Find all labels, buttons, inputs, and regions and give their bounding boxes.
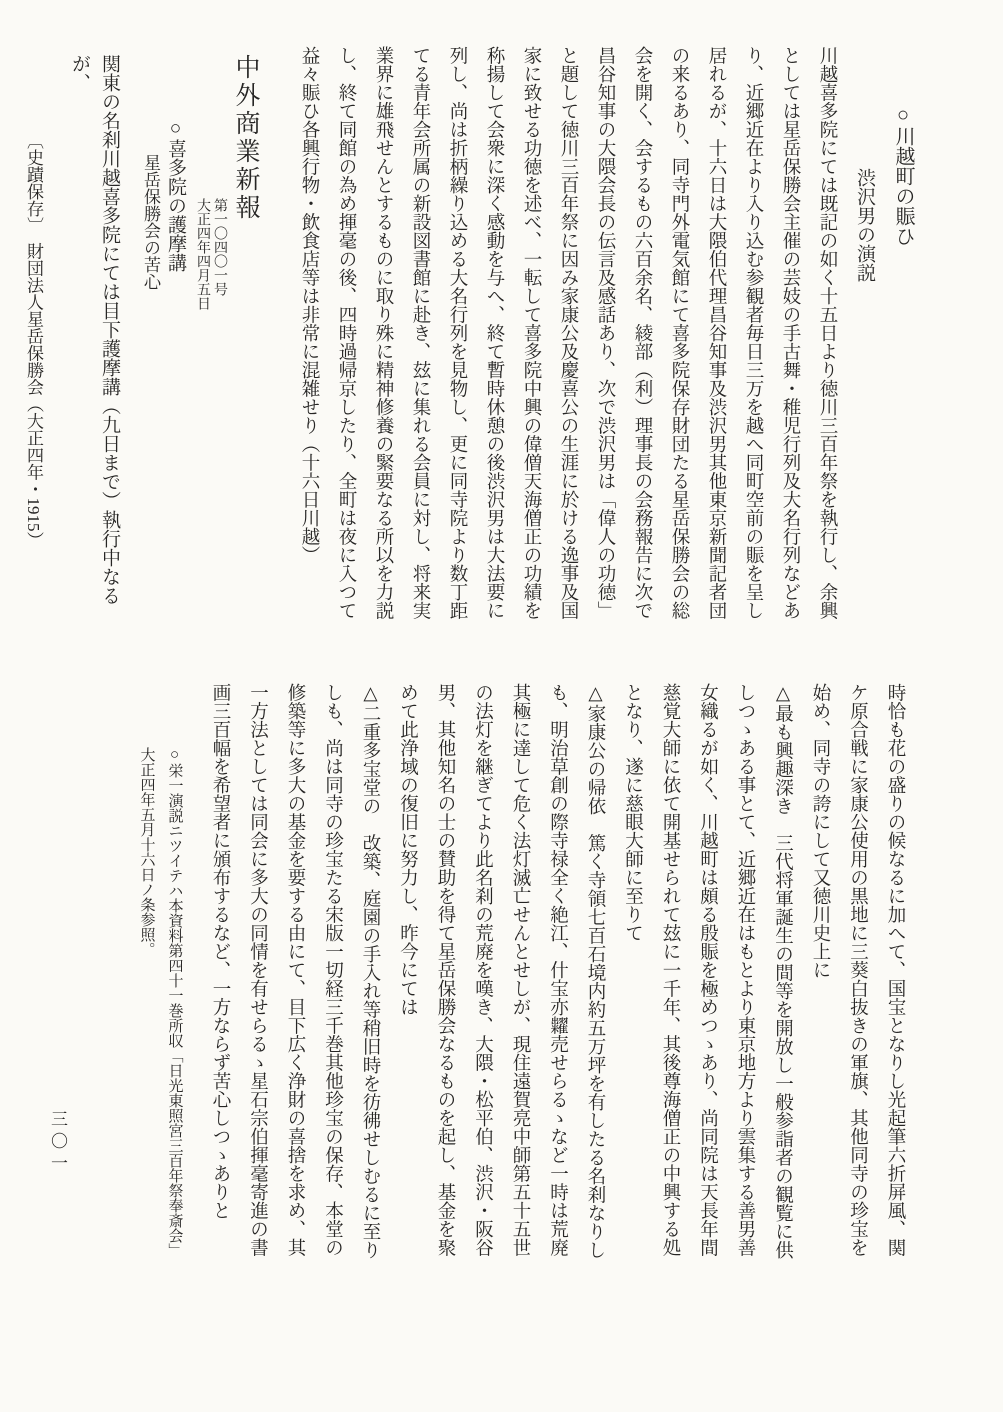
text-column: 業界に雄飛せんとするものに取り殊に精神修養の緊要なる所以を力説 xyxy=(364,46,401,634)
text-column: 其極に達して危く法灯滅亡せんとせしが、現住遠賀亮中師第五十五世 xyxy=(501,683,539,1331)
page-number: 三〇一 xyxy=(45,1110,70,1176)
text-column: 女織るが如く、川越町は頗る殷賑を極めつゝあり、尚同院は天長年間 xyxy=(688,683,726,1331)
article-top: ○川越町の賑ひ 渋沢男の演説 川越喜多院にては既記の如く十五日より徳川三百年祭を… xyxy=(20,46,923,634)
text-column: しも、尚は同寺の珍宝たる宋版一切経三千巻其他珍宝の保存、本堂の xyxy=(313,683,351,1331)
article-title: ○川越町の賑ひ xyxy=(883,46,923,634)
text-column: も、明治草創の際寺禄全く絶江、什宝亦糶売せらるゝなど一時は荒廃 xyxy=(538,683,576,1331)
text-column: 会を開く、会するもの六百余名、綾部（利）理事長の会務報告に次で xyxy=(623,46,660,634)
text-column: 男、其他知名の士の賛助を得て星岳保勝会なるものを起し、基金を聚 xyxy=(426,683,464,1331)
text-column: 慈覚大師に依て開基せられて玆に一千年、其後尊海僧正の中興する処 xyxy=(651,683,689,1331)
text-column: △最も興趣深き 三代将軍誕生の間等を開放し一般参詣者の観覧に供 xyxy=(763,683,801,1331)
newspaper-title: 中外商業新報 xyxy=(228,46,262,634)
text-column: り、近郷近在より入り込む参観者毎日三万を越へ同町空前の賑を呈し xyxy=(734,46,771,634)
source-attribution: 〔史蹟保存〕 財団法人星岳保勝会（大正四年・1915） xyxy=(20,46,46,634)
article-bottom: 時恰も花の盛りの候なるに加へて、国宝となりし光起筆六折屏風、関 ケ原合戦に家康公… xyxy=(133,683,914,1331)
newspaper-attribution: 中外商業新報 第一〇四〇一号 大正四年四月五日 xyxy=(194,46,262,634)
text-column: 画三百幅を希望者に頒布するなど、一方ならず苦心しつゝありと xyxy=(201,683,239,1331)
text-column: 益々賑ひ各興行物・飲食店等は非常に混雑せり（十六日川越） xyxy=(290,46,327,634)
text-column: の法灯を継ぎてより此名刹の荒廃を嘆き、大隈・松平伯、渋沢・阪谷 xyxy=(463,683,501,1331)
text-column: 称揚して会衆に深く感動を与へ、終て暫時休憩の後渋沢男は大法要に xyxy=(475,46,512,634)
text-column: ケ原合戦に家康公使用の黒地に三葵白抜きの軍旗、其他同寺の珍宝を xyxy=(838,683,876,1331)
text-column: めて此浄域の復旧に努力し、昨今にては xyxy=(388,683,426,1331)
text-column: し、終て同館の為め揮毫の後、四時過帰京したり、全町は夜に入つて xyxy=(327,46,364,634)
text-column: となり、遂に慈眼大師に至りて xyxy=(613,683,651,1331)
text-column: しつゝある事とて、近郷近在はもとより東京地方より雲集する善男善 xyxy=(726,683,764,1331)
text-column: と題して徳川三百年祭に因み家康公及慶喜公の生涯に於ける逸事及国 xyxy=(549,46,586,634)
text-column: 一方法としては同会に多大の同情を有せらるゝ星石宗伯揮毫寄進の書 xyxy=(238,683,276,1331)
text-column: 時恰も花の盛りの候なるに加へて、国宝となりし光起筆六折屏風、関 xyxy=(876,683,914,1331)
text-column: 列し、尚は折柄繰り込める大名行列を見物し、更に同寺院より数丁距 xyxy=(438,46,475,634)
text-column: △家康公の帰依 篤く寺領七百石境内約五万坪を有したる名刹なりし xyxy=(576,683,614,1331)
text-column: 修築等に多大の基金を要する由にて、目下広く浄財の喜捨を求め、其 xyxy=(276,683,314,1331)
text-column: てる青年会所属の新設図書館に赴き、玆に集れる会員に対し、将来実 xyxy=(401,46,438,634)
next-article-subtitle: 星岳保勝会の苦心 xyxy=(138,46,162,634)
text-column: 始め、同寺の誇にして又徳川史上に xyxy=(801,683,839,1331)
editorial-note: 大正四年五月十六日ノ条参照。 xyxy=(133,683,161,1331)
scanned-document-page: ○川越町の賑ひ 渋沢男の演説 川越喜多院にては既記の如く十五日より徳川三百年祭を… xyxy=(0,0,1003,1412)
article-subtitle: 渋沢男の演説 xyxy=(845,46,883,634)
text-column: 関東の名刹川越喜多院にては目下護摩講（九日まで）執行中なるが、 xyxy=(64,46,124,634)
text-column: 家に致せる功徳を述べ、一転して喜多院中興の偉僧天海僧正の功績を xyxy=(512,46,549,634)
newspaper-issue-number: 第一〇四〇一号 xyxy=(211,46,228,634)
text-column: 昌谷知事の大隈会長の伝言及感話あり、次で渋沢男は「偉人の功徳」 xyxy=(586,46,623,634)
text-column: 居れるが、十六日は大隈伯代理昌谷知事及渋沢男其他東京新聞記者団 xyxy=(697,46,734,634)
text-column: の来るあり、同寺門外電気館にて喜多院保存財団たる星岳保勝会の総 xyxy=(660,46,697,634)
editorial-note: ○栄一演説ニツイテハ本資料第四十一巻所収「日光東照宮三百年祭奉斎会」 xyxy=(161,683,189,1331)
text-column: としては星岳保勝会主催の芸妓の手古舞・稚児行列及大名行列などあ xyxy=(771,46,808,634)
text-column: 川越喜多院にては既記の如く十五日より徳川三百年祭を執行し、余興 xyxy=(808,46,845,634)
next-article-title: ○喜多院の護摩講 xyxy=(162,46,188,634)
text-column: △二重多宝堂の 改築、庭園の手入れ等稍旧時を彷彿せしむるに至り xyxy=(351,683,389,1331)
newspaper-date: 大正四年四月五日 xyxy=(194,46,211,634)
